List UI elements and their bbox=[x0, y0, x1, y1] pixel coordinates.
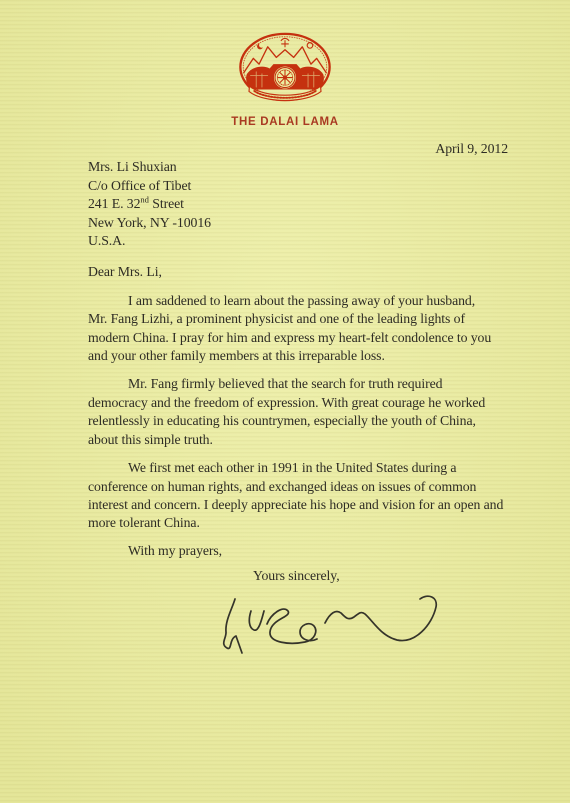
salutation: Dear Mrs. Li, bbox=[88, 263, 508, 281]
recipient-name: Mrs. Li Shuxian bbox=[88, 158, 508, 176]
closing-prayer: With my prayers, bbox=[88, 542, 508, 560]
dalai-lama-seal-icon bbox=[237, 31, 333, 103]
street-rest: Street bbox=[149, 196, 184, 211]
paragraph-3-line: more tolerant China. bbox=[88, 514, 508, 532]
paragraph-3-line: conference on human rights, and exchange… bbox=[88, 478, 508, 496]
paragraph-3-line: interest and concern. I deeply appreciat… bbox=[88, 496, 508, 514]
street-ordinal: nd bbox=[140, 195, 149, 205]
paragraph-3: We first met each other in 1991 in the U… bbox=[88, 459, 508, 533]
recipient-country: U.S.A. bbox=[88, 232, 508, 250]
paragraph-2-line: about this simple truth. bbox=[88, 431, 508, 449]
paragraph-1-line: Mr. Fang Lizhi, a prominent physicist an… bbox=[88, 310, 508, 328]
recipient-care-of: C/o Office of Tibet bbox=[88, 177, 508, 195]
paragraph-1: I am saddened to learn about the passing… bbox=[88, 292, 508, 366]
recipient-address: Mrs. Li Shuxian C/o Office of Tibet 241 … bbox=[88, 158, 508, 250]
signature bbox=[211, 588, 508, 670]
paragraph-2-line: Mr. Fang firmly believed that the search… bbox=[88, 375, 508, 393]
recipient-street: 241 E. 32nd Street bbox=[88, 195, 508, 213]
paragraph-1-line: and your other family members at this ir… bbox=[88, 347, 508, 365]
paragraph-2-line: democracy and the freedom of expression.… bbox=[88, 394, 508, 412]
valediction: Yours sincerely, bbox=[253, 567, 508, 585]
letterhead-title: THE DALAI LAMA bbox=[0, 116, 570, 128]
recipient-city: New York, NY -10016 bbox=[88, 214, 508, 232]
letter-page: THE DALAI LAMA April 9, 2012 Mrs. Li Shu… bbox=[0, 0, 570, 803]
paragraph-2-line: relentlessly in educating his countrymen… bbox=[88, 412, 508, 430]
dalai-lama-signature-icon bbox=[211, 588, 456, 668]
street-number: 241 E. 32 bbox=[88, 196, 140, 211]
paragraph-1-line: modern China. I pray for him and express… bbox=[88, 329, 508, 347]
letter-content: April 9, 2012 Mrs. Li Shuxian C/o Office… bbox=[0, 140, 570, 670]
paragraph-1-line: I am saddened to learn about the passing… bbox=[88, 292, 508, 310]
letter-date: April 9, 2012 bbox=[88, 140, 508, 158]
paragraph-3-line: We first met each other in 1991 in the U… bbox=[88, 459, 508, 477]
letterhead: THE DALAI LAMA bbox=[0, 0, 570, 128]
paragraph-2: Mr. Fang firmly believed that the search… bbox=[88, 375, 508, 449]
